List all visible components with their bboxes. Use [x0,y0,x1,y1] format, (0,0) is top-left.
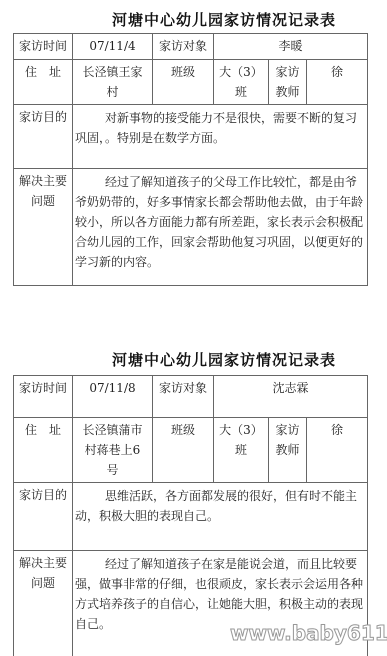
class-label: 班级 [153,418,214,483]
purpose-value: 思维活跃，各方面都发展的很好，但有时不能主动，积极大胆的表现自己。 [73,483,368,551]
address-label: 住 址 [14,418,73,483]
form-title-2: 河塘中心幼儿园家访情况记录表 [0,349,387,370]
issues-value: 经过了解知道孩子的父母工作比较忙，都是由爷爷奶奶带的，好多事情家长都会帮助他去做… [73,169,368,286]
visit-target-value: 李暖 [214,34,368,60]
address-label: 住 址 [14,60,73,105]
home-visit-form-2: 家访时间 07/11/8 家访对象 沈志霖 住 址 长泾镇蒲市村蒋巷上6号 班级… [13,375,368,656]
table-row: 家访时间 07/11/8 家访对象 沈志霖 [14,376,368,418]
class-label: 班级 [153,60,214,105]
purpose-label: 家访目的 [14,483,73,551]
visit-target-label: 家访对象 [153,376,214,418]
purpose-value: 对新事物的接受能力不是很快，需要不断的复习巩固，。特别是在数学方面。 [73,105,368,169]
teacher-value: 徐 [307,418,368,483]
visit-time-label: 家访时间 [14,376,73,418]
address-value: 长泾镇王家村 [73,60,153,105]
teacher-label: 家访教师 [269,418,307,483]
purpose-text: 对新事物的接受能力不是很快，需要不断的复习巩固，。特别是在数学方面。 [75,108,365,148]
table-row: 住 址 长泾镇王家村 班级 大（3）班 家访教师 徐 [14,60,368,105]
visit-time-value: 07/11/4 [73,34,153,60]
form-title-1: 河塘中心幼儿园家访情况记录表 [0,9,387,30]
visit-target-value: 沈志霖 [214,376,368,418]
purpose-text: 思维活跃，各方面都发展的很好，但有时不能主动，积极大胆的表现自己。 [75,486,365,526]
purpose-label: 家访目的 [14,105,73,169]
table-row: 家访时间 07/11/4 家访对象 李暖 [14,34,368,60]
table-row: 家访目的 对新事物的接受能力不是很快，需要不断的复习巩固，。特别是在数学方面。 [14,105,368,169]
table-row: 解决主要问题 经过了解知道孩子的父母工作比较忙，都是由爷爷奶奶带的，好多事情家长… [14,169,368,286]
issues-text: 经过了解知道孩子的父母工作比较忙，都是由爷爷奶奶带的，好多事情家长都会帮助他去做… [75,172,365,272]
class-value: 大（3）班 [214,60,269,105]
class-value: 大（3）班 [214,418,269,483]
teacher-label: 家访教师 [269,60,307,105]
visit-time-label: 家访时间 [14,34,73,60]
table-row: 住 址 长泾镇蒲市村蒋巷上6号 班级 大（3）班 家访教师 徐 [14,418,368,483]
table-row: 家访目的 思维活跃，各方面都发展的很好，但有时不能主动，积极大胆的表现自己。 [14,483,368,551]
document-page: 河塘中心幼儿园家访情况记录表 家访时间 07/11/4 家访对象 李暖 住 址 … [0,0,387,656]
visit-target-label: 家访对象 [153,34,214,60]
issues-label: 解决主要问题 [14,169,73,286]
teacher-value: 徐 [307,60,368,105]
issues-label: 解决主要问题 [14,551,73,656]
address-value: 长泾镇蒲市村蒋巷上6号 [73,418,153,483]
site-watermark: www.baby611.com [230,621,387,645]
visit-time-value: 07/11/8 [73,376,153,418]
home-visit-form-1: 家访时间 07/11/4 家访对象 李暖 住 址 长泾镇王家村 班级 大（3）班… [13,33,368,286]
